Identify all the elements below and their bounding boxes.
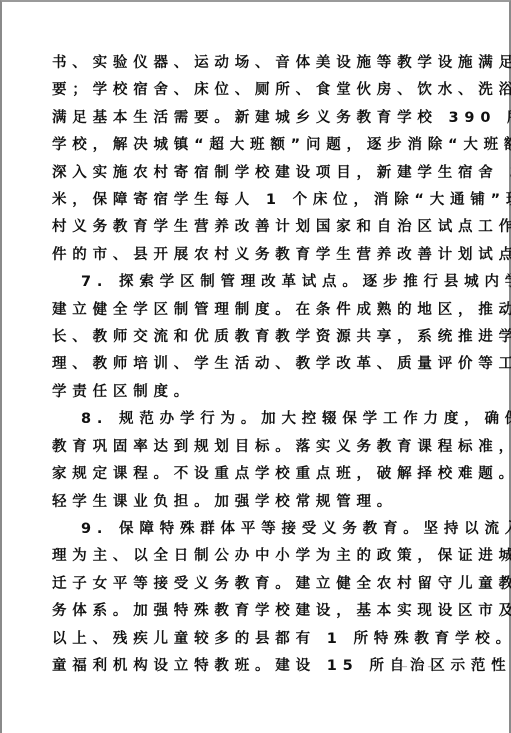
document-page: 书、实验仪器、运动场、音体美设施等教学设施满足基本教学需 要；学校宿舍、床位、厕… — [0, 0, 511, 733]
text-line: 教育巩固率达到规划目标。落实义务教育课程标准，开齐开足国 — [52, 434, 462, 461]
text-line: 深入实施农村寄宿制学校建设项目，新建学生宿舍 350 万平方 — [52, 160, 462, 187]
text-line: 建立健全学区制管理制度。在条件成熟的地区，推动学区内校 — [52, 297, 462, 324]
text-line: 以上、残疾儿童较多的县都有 1 所特殊教育学校。在有条件的儿 — [52, 626, 462, 653]
document-body: 书、实验仪器、运动场、音体美设施等教学设施满足基本教学需 要；学校宿舍、床位、厕… — [52, 50, 462, 680]
text-line: 村义务教育学生营养改善计划国家和自治区试点工作，鼓励有条 — [52, 214, 462, 241]
text-line: 轻学生课业负担。加强学校常规管理。 — [52, 489, 462, 516]
text-line: 迁子女平等接受义务教育。建立健全农村留守儿童教育和关爱服 — [52, 571, 462, 598]
text-line: 学校，解决城镇“超大班额”问题，逐步消除“大班额”现象。 — [52, 132, 462, 159]
paragraph-item-8: 8. 规范办学行为。加大控辍保学工作力度，确保九年义务 教育巩固率达到规划目标。… — [52, 406, 462, 516]
text-line: 件的市、县开展农村义务教育学生营养改善计划试点。 — [52, 242, 462, 269]
text-line: 学责任区制度。 — [52, 379, 462, 406]
text-line: 书、实验仪器、运动场、音体美设施等教学设施满足基本教学需 — [52, 50, 462, 77]
text-line: 务体系。加强特殊教育学校建设，基本实现设区市及 30 万人口 — [52, 598, 462, 625]
text-line: 长、教师交流和优质教育教学资源共享，系统推进学区内教学管 — [52, 324, 462, 351]
text-line: 米，保障寄宿学生每人 1 个床位，消除“大通铺”现象。推进农 — [52, 187, 462, 214]
text-line: 7. 探索学区制管理改革试点。逐步推行县城内学区化办学， — [52, 269, 462, 296]
text-line: 理、教师培训、学生活动、教学改革、质量评价等工作。推行督 — [52, 351, 462, 378]
text-line: 满足基本生活需要。新建城乡义务教育学校 390 所，改扩建一批 — [52, 105, 462, 132]
page-number: — 5 — — [394, 658, 443, 674]
paragraph-item-9: 9. 保障特殊群体平等接受义务教育。坚持以流入地政府管 理为主、以全日制公办中小… — [52, 516, 462, 680]
paragraph-item-7: 7. 探索学区制管理改革试点。逐步推行县城内学区化办学， 建立健全学区制管理制度… — [52, 269, 462, 406]
text-line: 理为主、以全日制公办中小学为主的政策，保证进城务工人员随 — [52, 543, 462, 570]
text-line: 家规定课程。不设重点学校重点班，破解择校难题。标本兼治减 — [52, 461, 462, 488]
text-line: 要；学校宿舍、床位、厕所、食堂伙房、饮水、洗浴等生活设施 — [52, 77, 462, 104]
text-line: 8. 规范办学行为。加大控辍保学工作力度，确保九年义务 — [52, 406, 462, 433]
paragraph-facilities: 书、实验仪器、运动场、音体美设施等教学设施满足基本教学需 要；学校宿舍、床位、厕… — [52, 50, 462, 269]
text-line: 9. 保障特殊群体平等接受义务教育。坚持以流入地政府管 — [52, 516, 462, 543]
